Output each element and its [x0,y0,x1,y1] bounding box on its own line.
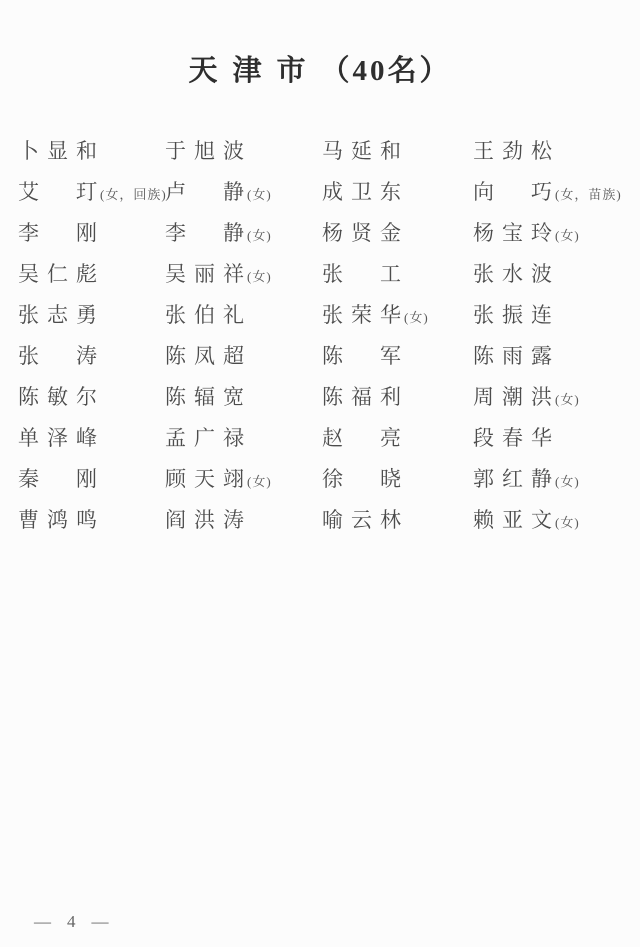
name-entry: 王劲松 [473,139,640,180]
name-entry: 杨贤金 [322,221,473,262]
person-name: 马延和 [322,139,409,163]
person-name: 张志勇 [18,303,105,327]
name-entry: 陈雨露 [473,344,640,385]
person-suffix: (女) [247,269,272,284]
name-entry: 郭红静(女) [473,467,640,508]
person-name: 陈福利 [322,385,409,409]
footer-dash-right: — [92,912,109,932]
name-grid: 卜显和于旭波马延和王劲松艾 玎(女，回族)卢 静(女)成卫东向 巧(女，苗族)李… [18,139,640,549]
name-entry: 李 刚 [18,221,165,262]
name-entry: 马延和 [322,139,473,180]
person-name: 李 静 [165,221,252,245]
name-entry: 向 巧(女，苗族) [473,180,640,221]
title-count: （40名） [321,55,452,87]
person-name: 艾 玎 [18,180,105,204]
person-name: 向 巧 [473,180,560,204]
person-name: 张荣华 [322,303,409,327]
person-name: 陈雨露 [473,344,560,368]
name-entry: 周潮洪(女) [473,385,640,426]
person-suffix: (女) [555,228,580,243]
name-entry: 赵 亮 [322,426,473,467]
person-name: 卢 静 [165,180,252,204]
name-entry: 张 涛 [18,344,165,385]
name-entry: 秦 刚 [18,467,165,508]
person-name: 喻云林 [322,508,409,532]
person-name: 张 涛 [18,344,105,368]
name-entry: 张荣华(女) [322,303,473,344]
name-entry: 陈凤超 [165,344,322,385]
person-name: 陈敏尔 [18,385,105,409]
person-suffix: (女，回族) [100,187,167,202]
person-name: 段春华 [473,426,560,450]
person-name: 张 工 [322,262,409,286]
page-number: 4 [67,912,76,932]
name-entry: 成卫东 [322,180,473,221]
person-suffix: (女) [555,474,580,489]
page-title: 天津市（40名） [0,48,640,89]
person-name: 顾天翊 [165,467,252,491]
name-entry: 张振连 [473,303,640,344]
name-entry: 曹鸿鸣 [18,508,165,549]
person-name: 陈 军 [322,344,409,368]
name-entry: 陈辐宽 [165,385,322,426]
person-name: 成卫东 [322,180,409,204]
name-entry: 段春华 [473,426,640,467]
name-entry: 徐 晓 [322,467,473,508]
person-suffix: (女) [555,515,580,530]
name-entry: 赖亚文(女) [473,508,640,549]
name-entry: 顾天翊(女) [165,467,322,508]
name-entry: 张 工 [322,262,473,303]
person-name: 赵 亮 [322,426,409,450]
name-entry: 杨宝玲(女) [473,221,640,262]
person-suffix: (女) [555,392,580,407]
name-entry: 卜显和 [18,139,165,180]
person-name: 阎洪涛 [165,508,252,532]
person-name: 单泽峰 [18,426,105,450]
name-entry: 陈敏尔 [18,385,165,426]
person-name: 杨宝玲 [473,221,560,245]
person-name: 杨贤金 [322,221,409,245]
person-name: 郭红静 [473,467,560,491]
person-suffix: (女) [404,310,429,325]
name-entry: 阎洪涛 [165,508,322,549]
title-city: 天津市 [188,55,320,87]
person-name: 张水波 [473,262,560,286]
name-entry: 陈福利 [322,385,473,426]
person-name: 吴丽祥 [165,262,252,286]
person-name: 孟广禄 [165,426,252,450]
person-suffix: (女) [247,228,272,243]
footer-dash-left: — [34,912,51,932]
person-name: 张振连 [473,303,560,327]
name-entry: 卢 静(女) [165,180,322,221]
name-entry: 喻云林 [322,508,473,549]
person-name: 吴仁彪 [18,262,105,286]
name-entry: 张水波 [473,262,640,303]
name-entry: 于旭波 [165,139,322,180]
person-name: 李 刚 [18,221,105,245]
person-name: 徐 晓 [322,467,409,491]
person-name: 周潮洪 [473,385,560,409]
person-name: 曹鸿鸣 [18,508,105,532]
person-suffix: (女) [247,187,272,202]
page-footer: —4— [34,912,109,932]
name-entry: 张伯礼 [165,303,322,344]
name-entry: 陈 军 [322,344,473,385]
name-entry: 张志勇 [18,303,165,344]
person-suffix: (女) [247,474,272,489]
person-name: 陈辐宽 [165,385,252,409]
person-name: 王劲松 [473,139,560,163]
name-entry: 单泽峰 [18,426,165,467]
person-name: 赖亚文 [473,508,560,532]
name-entry: 李 静(女) [165,221,322,262]
name-entry: 艾 玎(女，回族) [18,180,165,221]
document-page: 天津市（40名） 卜显和于旭波马延和王劲松艾 玎(女，回族)卢 静(女)成卫东向… [0,0,640,947]
person-name: 张伯礼 [165,303,252,327]
name-entry: 吴丽祥(女) [165,262,322,303]
person-name: 陈凤超 [165,344,252,368]
person-name: 卜显和 [18,139,105,163]
person-name: 秦 刚 [18,467,105,491]
name-entry: 吴仁彪 [18,262,165,303]
name-entry: 孟广禄 [165,426,322,467]
person-suffix: (女，苗族) [555,187,622,202]
person-name: 于旭波 [165,139,252,163]
